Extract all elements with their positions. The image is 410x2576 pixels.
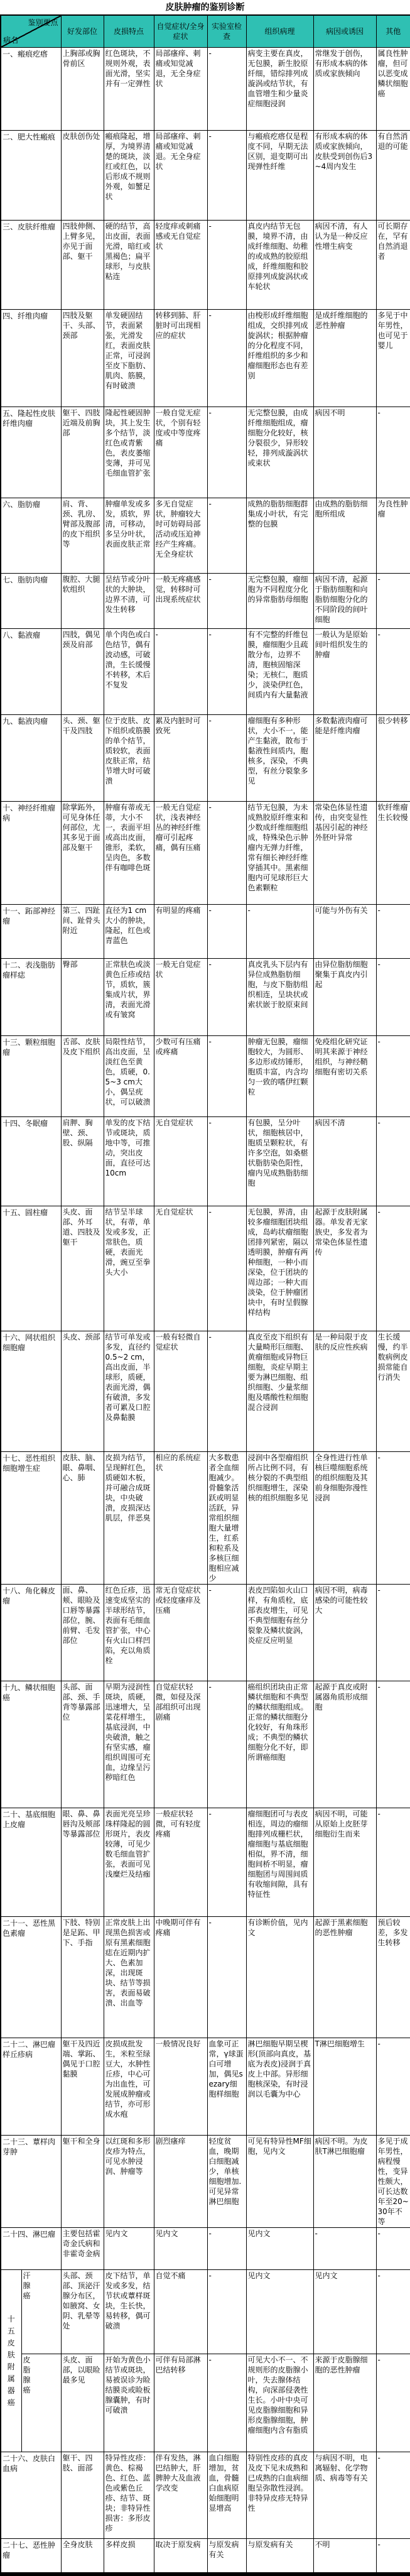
cell-other: -	[376, 959, 410, 1036]
cell-symptoms: 一般无自觉症状，浅表神经丛的神经纤维瘤可引起疼痛，偶有压痛	[154, 802, 207, 905]
cell-other: 软纤维瘤生长较慢	[376, 802, 410, 905]
cell-site: 四肢，偶见颈及肩部	[61, 629, 104, 715]
cell-cause: 见内文	[313, 2270, 376, 2354]
cell-lesion: 特异性皮疹：黄色、棕褐色、红色、蓝色或紫色丘疹、结节、斑块；非特异性损害：多形皮…	[104, 2452, 154, 2539]
cell-other: -	[376, 1206, 410, 1331]
cell-pathology: 癌组织团块由正常鳞状细胞和不典型的鳞状细胞组成。正常的鳞状细胞分化较好，有角珠形…	[246, 1681, 313, 1808]
cell-site: 躯干、四肢近端及前胸部	[61, 407, 104, 498]
cell-symptoms: 见内文	[154, 2228, 207, 2270]
cell-lab: -	[207, 2228, 246, 2270]
cell-pathology: 淋巴细胞早期呈楔形(顶部向真皮，基底为表皮)浸润于真皮上中部。异形细胞核深染，有…	[246, 2038, 313, 2136]
cell-symptoms: 中晚期可伴有疼痛	[154, 1917, 207, 2038]
row-name-cell: 二十七、恶性肿瘤	[1, 2539, 61, 2574]
table-row: 五、隆起性皮肤纤维肉瘤躯干、四肢近端及前胸部隆起性硬固肿块，其上发生多个结节，淡…	[1, 407, 410, 498]
cell-lab: -	[207, 1036, 246, 1117]
cell-lab: -	[207, 905, 246, 959]
cell-symptoms: 一般症状轻微，可有轻度疼痛	[154, 1808, 207, 1917]
cell-symptoms: 自觉症状轻微，如侵及深部组织可出现剧痛	[154, 1681, 207, 1808]
corner-header-top-label: 鉴别要点	[28, 18, 58, 28]
cell-symptoms: 剧烈瘙痒	[154, 2136, 207, 2228]
cell-cause: 是成纤维细胞的恶性肿瘤	[313, 310, 376, 407]
table-row: 二十六、皮肤白血病躯干、四肢、面部特异性皮疹：黄色、棕褐色、红色、蓝色或紫色丘疹…	[1, 2452, 410, 2539]
cell-site: 头皮、面部、外耳道、四肢及躯干	[61, 1206, 104, 1331]
cell-cause: -	[313, 2228, 376, 2270]
cell-lab: -	[207, 1681, 246, 1808]
cell-other: -	[376, 1681, 410, 1808]
cell-cause: 病因不清	[313, 1117, 376, 1206]
table-row: 十三、颗粒细胞瘤舌部、皮肤及皮下组织局限性结节，高出皮面，呈淡红色至黄色，质硬，…	[1, 1036, 410, 1117]
cell-symptoms: 转移到肺、肝脏时可出现相应的症状	[154, 310, 207, 407]
cell-symptoms: 轻度痒或刺痛感或无自觉症状	[154, 221, 207, 310]
row-name-cell: 四、纤维肉瘤	[1, 310, 61, 407]
cell-pathology: 瘤细胞有多种形状，大小不一，能产生黏液，散布于黏液性间质内，胞核多，深染，不典型…	[246, 715, 313, 802]
cell-cause: 不明	[313, 2539, 376, 2574]
cell-cause: 是一种局限于皮肤的反应性疾病	[313, 1331, 376, 1452]
cell-symptoms: 常无自觉症状或轻度瘙痒及压痛	[154, 1585, 207, 1681]
cell-lesion: 单发的皮下结节或斑块，质地中等，可推动，突出皮面，直径可达10cm	[104, 1117, 154, 1206]
row-name-cell: 十四、冬眠瘤	[1, 1117, 61, 1206]
table-row: 十七、恶性组织细胞增生症皮肤、脑、眼、鼻咽、心、肺皮损为结节，呈现鲜红色，质硬如…	[1, 1452, 410, 1585]
table-row: 八、黏液瘤四肢，偶见颈及肩部单个肉色或白色结节，偶有波动感，可破溃，生长缓慢不转…	[1, 629, 410, 715]
cell-other: -	[376, 2038, 410, 2136]
row-name-cell: 二十二、淋巴瘤样丘疹病	[1, 2038, 61, 2136]
cell-cause: 起源于黑素细胞的恶性肿瘤	[313, 1917, 376, 2038]
cell-cause: 常染色体显性遗传，由突变显性基因引起的神经外胚叶异常	[313, 802, 376, 905]
table-row: 十四、冬眠瘤肩胛、胸壁、颈、股、纵隔单发的皮下结节或斑块，质地中等，可推动，突出…	[1, 1117, 410, 1206]
cell-cause: 可能与外伤有关	[313, 905, 376, 959]
cell-pathology: 有包膜，呈分叶状，细胞核居中，胞质呈颗粒状，有许多空泡，如桑椹状脂肪染色阳性，瘤…	[246, 1117, 313, 1206]
cell-other: 有自然消退的可能	[376, 131, 410, 221]
cell-cause: 病因不明，病毒感染的可能性较大	[313, 1585, 376, 1681]
cell-site: 眼、鼻、鼻唇沟及颊部等暴露部位	[61, 1808, 104, 1917]
row-name-cell: 十五、圆柱瘤	[1, 1206, 61, 1331]
row-name-cell: 二十六、皮肤白血病	[1, 2452, 61, 2539]
table-row: 二十七、恶性肿瘤全身皮肤多样皮损取决于原发病与原发病有关与原发病有关不明-	[1, 2539, 410, 2574]
cell-pathology: 有诊断价值，见内文	[246, 1917, 313, 2038]
page-title: 皮肤肿瘤的鉴别诊断	[0, 0, 410, 14]
table-row: 九、黏液肉瘤头、颈、躯干及四肢位于皮肤、皮下组织或筋膜的单个结节，质较软，表面皮…	[1, 715, 410, 802]
cell-cause: 病因不清，有人认为是一种反应性增生病变	[313, 221, 376, 310]
row-name-cell: 二、肥大性瘢痕	[1, 131, 61, 221]
cell-pathology: 结节无包膜，为未成熟胶原纤维束和少数成纤维细胞组成，特殊染色示肿瘤内无弹力纤维，…	[246, 802, 313, 905]
cell-cause: 病因不明	[313, 407, 376, 498]
cell-lab: -	[207, 2354, 246, 2452]
cell-lesion: 多样皮损	[104, 2539, 154, 2574]
cell-other: -	[376, 407, 410, 498]
header-other: 其他	[376, 15, 410, 48]
table-row: 二十四、淋巴瘤主要包括霍奇金氏病和非霍奇金病见内文见内文-见内文--	[1, 2228, 410, 2270]
cell-symptoms: 一般情况良好	[154, 2038, 207, 2136]
cell-lab: 轻度贫血，晚期白细胞减少，单核细胞增加.可见异常淋巴细胞	[207, 2136, 246, 2228]
cell-lesion: 结节呈半球状，有蒂，单发或多发，正常肤色，质硬，表面光滑，豌豆至拳头大小	[104, 1206, 154, 1331]
cell-other: -	[376, 2270, 410, 2354]
header-lab: 实验室检查	[207, 15, 246, 48]
cell-lesion: 单个肉色或白色结节，偶有波动感，可破溃，生长缓慢不转移，术后不复发	[104, 629, 154, 715]
cell-lesion: 肿瘤单发或多发，质软，界清，可移动，多呈分叶状，表面皮肤正常	[104, 498, 154, 574]
cell-lesion: 直径为1 cm大小的肿块，隆起，红色或青蓝色	[104, 905, 154, 959]
cell-lesion: 瘢痕隆起，增厚，为境界清楚的斑块，淡红或红色，以后形成不规则外观，如蟹足状	[104, 131, 154, 221]
cell-symptoms: 自觉不痛	[154, 2270, 207, 2354]
cell-lesion: 皮损为结节，呈现鲜红色，质硬如木板，并可融合成斑块，中央破溃，皮损深达肌层，伴恶…	[104, 1452, 154, 1585]
cell-pathology: 可见大小不一、不规则形的皮脂腺小叶，失去腺体结构，向深部侵袭性生长。小叶中央可见…	[246, 2354, 313, 2452]
cell-other: -	[376, 1117, 410, 1206]
cell-pathology: 特别性皮疹的真皮及皮下见未成熟和已成熟的白血病细胞呈弥散性浸润。非特异皮疹无特异…	[246, 2452, 313, 2539]
cell-site: 主要包括霍奇金氏病和非霍奇金病	[61, 2228, 104, 2270]
cell-site: 皮肤、脑、眼、鼻咽、心、肺	[61, 1452, 104, 1585]
table-row: 十六、网状组织细胞瘤头皮、颈部结节可单发或多发，直径约0.5~2 cm，高出皮面…	[1, 1331, 410, 1452]
table-row: 四、纤维肉瘤四肢及躯干、头部、颈部单发硬固结节，表面紧张，光滑发红，表面皮肤正常…	[1, 310, 410, 407]
cell-other: -	[376, 1452, 410, 1585]
row-name-cell: 五、隆起性皮肤纤维肉瘤	[1, 407, 61, 498]
table-row: 二十二、淋巴瘤样丘疹病躯干及四近端、掌跖、偶见于口腔黏膜皮损成批发生，米粒至绿豆…	[1, 2038, 410, 2136]
cell-other: -	[376, 629, 410, 715]
cell-lab: -	[207, 1331, 246, 1452]
row-name-cell: 六、脂肪瘤	[1, 498, 61, 574]
cell-other: 生长缓慢，约半数病例皮损常能自行消失	[376, 1331, 410, 1452]
cell-other: -	[376, 2228, 410, 2270]
cell-cause: 病因不明，可能从原始上皮胚芽细胞衍生而来	[313, 1808, 376, 1917]
cell-lab: -	[207, 1808, 246, 1917]
cell-pathology: 见内文	[246, 2228, 313, 2270]
cell-other: 很少转移	[376, 715, 410, 802]
cell-site: 四肢及躯干、头部、颈部	[61, 310, 104, 407]
table-row: 十、神经纤维瘤病除掌跖外，可见身体任何部位，尤其多见于面部及躯干肿瘤有蒂或无蒂，…	[1, 802, 410, 905]
table-row: 十二、表浅脂肪瘤样痣臀部正常肤色或淡黄色丘疹或结节，质软，簇集成片状，界清，表面…	[1, 959, 410, 1036]
row-name-cell: 二十三、蕈样肉芽肿	[1, 2136, 61, 2228]
cell-lab: -	[207, 221, 246, 310]
cell-lesion: 红色丘疹，迅速变成坚实的半球形结节，表面有毛细血管扩张，中心有火山口样凹陷，充以…	[104, 1585, 154, 1681]
cell-other: -	[376, 1585, 410, 1681]
cell-lab: -	[207, 1206, 246, 1331]
cell-lesion: 正常肤色或淡黄色丘疹或结节，质软，簇集成片状，界清，表面光滑或有皱窝	[104, 959, 154, 1036]
corner-header-bottom-label: 病名	[3, 35, 18, 45]
table-row: 一、瘢痕疙瘩上胸部或胸骨前区红色斑块，不规则外观，表面光滑，坚实并有一定弹性局部…	[1, 48, 410, 131]
cell-other: -	[376, 1808, 410, 1917]
cell-symptoms: 一般无自觉症状	[154, 959, 207, 1036]
cell-site: 下肢、特别是足跖、甲下、手指	[61, 1917, 104, 2038]
cell-lesion: 局限性结节，高出皮面，呈淡红色至黄色，质硬，0.5~3 cm大小，偶呈疣状，可以…	[104, 1036, 154, 1117]
cell-site: 躯干和全身	[61, 2136, 104, 2228]
cell-lesion: 见内文	[104, 2228, 154, 2270]
cell-lab: -	[207, 1585, 246, 1681]
cell-cause: 一般认为是原始间叶组织发生的肿瘤	[313, 629, 376, 715]
cell-lesion: 肿瘤有蒂或无蒂，大小不一，表面平坦或高出皮面，锥形，柔软，呈肉色，多数伴有咖啡色…	[104, 802, 154, 905]
cell-other: 属良性肿瘤，但可以恶变成鳞状细胞癌	[376, 48, 410, 131]
cell-pathology: 由梭形成纤维细胞组成，交织排列成旋涡状；根据肿瘤的分化程度不同，纤维组织的多少和…	[246, 310, 313, 407]
cell-pathology: -	[246, 905, 313, 959]
table-row: 十五皮肤附属器癌汗腺癌头部、颈部、顶泌汗腺分布区，如腋窝、女阴、乳晕等处皮下结节…	[1, 2270, 410, 2354]
row-name-cell: 九、黏液肉瘤	[1, 715, 61, 802]
cell-other: -	[376, 2354, 410, 2452]
cell-site: 头皮、面部，以眼睑最多见	[61, 2354, 104, 2452]
cell-other: 多见于中年男性，也可见于婴儿	[376, 310, 410, 407]
cell-pathology: 瘤细胞团可与表皮相连，周边的瘤细胞排列成栅栏状，瘤细胞与基底细胞相似，界不清，细…	[246, 1808, 313, 1917]
cell-symptoms: 有明显的疼痛	[154, 905, 207, 959]
cell-lesion: 以红斑和多形皮疹为特点，可见水肿浸润、肿瘤等	[104, 2136, 154, 2228]
cell-other: -	[376, 2539, 410, 2574]
cell-symptoms: 多无自觉症状，肿瘤较大时可妨碍局部活动或压迫神经产生疼痛。无全身症状	[154, 498, 207, 574]
cell-pathology: 表皮凹陷如火山口样，有角质栓，底部表皮增生，可见不典型细胞有丝分裂象及鳞状旋涡，…	[246, 1585, 313, 1681]
cell-lab: -	[207, 629, 246, 715]
cell-cause: 病因不清，起源于脂肪细胞和向脂肪细胞分化的不同阶段的间叶细胞	[313, 574, 376, 629]
cell-pathology: 病变主要在真皮，无包膜，新生胶原纤细，错综排列成漩涡或结节状，有血管增生和少量炎…	[246, 48, 313, 131]
cell-site: 头、颈、躯干及四肢	[61, 715, 104, 802]
cell-site: 面、鼻、颊、眼睑及口唇等暴露部位，腕、前臂、毛发部位	[61, 1585, 104, 1681]
cell-cause: 起源于真皮或附属器角质形成细胞	[313, 1681, 376, 1808]
cell-pathology: 真皮内结节无包膜，境界不清，由成纤维细胞、幼稚的或成熟的胶原组成，纤维细胞和胶原…	[246, 221, 313, 310]
cell-pathology: 可见有特异性MF细胞，见内文	[246, 2136, 313, 2228]
row-name-cell: 汗腺癌	[21, 2270, 61, 2354]
cell-symptoms: 一般自觉无症状，个别有轻度或中等度疼痛	[154, 407, 207, 498]
cell-pathology: 见内文	[246, 2270, 313, 2354]
cell-lesion: 呈结节或分叶状的大肿块，边界不清，可发生转移	[104, 574, 154, 629]
row-name-text: 汗腺癌	[23, 2271, 31, 2301]
cell-lab: -	[207, 1117, 246, 1206]
cell-pathology: 与原发病有关	[246, 2539, 313, 2574]
cell-other: 多见于成年男性，病程慢性，变异性颇大，可长达数年至20~30年不等	[376, 2136, 410, 2228]
cell-lab: -	[207, 574, 246, 629]
cell-lab: -	[207, 48, 246, 131]
cell-cause: 由成熟的脂肪细胞所组成	[313, 498, 376, 574]
cell-symptoms: 取决于原发病	[154, 2539, 207, 2574]
row-name-cell: 十六、网状组织细胞瘤	[1, 1331, 61, 1452]
cell-lesion: 开始为黄色小结节或斑块，易被误诊为睑结膜炎或睑板腺囊肿，有时可破溃	[104, 2354, 154, 2452]
row-name-cell: 二十一、恶性黑色素瘤	[1, 1917, 61, 2038]
table-row: 二、肥大性瘢痕皮肤创伤处瘢痕隆起，增厚，为境界清楚的斑块，淡红或红色，以后形成不…	[1, 131, 410, 221]
cell-lesion: 单发硬固结节，表面紧张，光滑发红，表面皮肤正常，可浸润至皮下脂肪、肌肉、筋膜，有…	[104, 310, 154, 407]
cell-symptoms: 局部瘙痒、刺痛或知觉减退。无全身症状	[154, 131, 207, 221]
table-row: 二十三、蕈样肉芽肿躯干和全身以红斑和多形皮疹为特点，可见水肿浸润、肿瘤等剧烈瘙痒…	[1, 2136, 410, 2228]
row-name-cell: 十七、恶性组织细胞增生症	[1, 1452, 61, 1585]
cell-site: 肩胛、胸壁、颈、股、纵隔	[61, 1117, 104, 1206]
cell-lesion: 结节可单发或多发，直径约0.5~2 cm，高出皮面，半球形，质硬，表面光滑，偶有…	[104, 1331, 154, 1452]
row-name-cell: 一、瘢痕疙瘩	[1, 48, 61, 131]
cell-pathology: 无完整包膜，由成纤维细胞组成，瘤细胞分化较好，核分裂很少，异形较轻，排列成漩涡状…	[246, 407, 313, 498]
cell-site: 上胸部或胸骨前区	[61, 48, 104, 131]
cell-symptoms: 可伴有局部淋巴结转移	[154, 2354, 207, 2452]
cell-site: 全身皮肤	[61, 2539, 104, 2574]
cell-other: -	[376, 2452, 410, 2539]
cell-lesion: 表面光亮呈珍珠样隆起的圆形斑片，表皮较薄，可见少数毛细血管扩张，表面可见浅糜烂及…	[104, 1808, 154, 1917]
cell-other: -	[376, 1036, 410, 1117]
cell-pathology: 无包膜，界清，由较多瘤细胞团块组成，岛屿状瘤细胞团排列紧密，隔以透明膜，肿瘤有两…	[246, 1206, 313, 1331]
cell-lab: -	[207, 498, 246, 574]
group-label-text: 十五皮肤附属器癌	[7, 2313, 15, 2409]
cell-lesion: 红色斑块，不规则外观，表面光滑，坚实并有一定弹性	[104, 48, 154, 131]
cell-lab: -	[207, 407, 246, 498]
cell-lesion: 皮下结节，单发或多发，结节状或蕈样斑块，生长快，易转移，偶可破溃	[104, 2270, 154, 2354]
table-row: 三、皮肤纤维瘤四肢伸侧、上臂多见，亦见于面部、躯干硬的结节，高出皮面，表面光滑，…	[1, 221, 410, 310]
row-name-cell: 二十、基底细胞上皮瘤	[1, 1808, 61, 1917]
cell-cause: 有形成本病的体质或家族倾向，皮肤受到创伤后3~4周内发生	[313, 131, 376, 221]
cell-other: 为良性肿瘤	[376, 498, 410, 574]
cell-cause: 全身性进行性单核巨噬细胞系统的组织细胞及其前身细胞弥漫性浸润	[313, 1452, 376, 1585]
table-row: 皮脂腺癌头皮、面部，以眼睑最多见开始为黄色小结节或斑块，易被误诊为睑结膜炎或睑板…	[1, 2354, 410, 2452]
table-row: 二十、基底细胞上皮瘤眼、鼻、鼻唇沟及颊部等暴露部位表面光亮呈珍珠样隆起的圆形斑片…	[1, 1808, 410, 1917]
header-cause: 病因或诱因	[313, 15, 376, 48]
cell-site: 臀部	[61, 959, 104, 1036]
cell-other: -	[376, 905, 410, 959]
cell-lab: -	[207, 1917, 246, 2038]
cell-lesion: 硬的结节，高出皮面，表面光滑，暗红或黑褐色；扁平球形，与皮肤粘连	[104, 221, 154, 310]
cell-symptoms: 无自觉症状	[154, 1206, 207, 1331]
cell-cause: T淋巴细胞增生	[313, 2038, 376, 2136]
cell-pathology: 真皮至皮下组织有大量畸形巨细胞、黄瘤细胞或异物巨细胞，炎症早期主要为淋巴细胞、组…	[246, 1331, 313, 1452]
cell-symptoms: 累及内脏时可致死	[154, 715, 207, 802]
row-name-cell: 七、脂肪肉瘤	[1, 574, 61, 629]
row-name-cell: 十一、跖部神经瘤	[1, 905, 61, 959]
header-lesion: 皮损特点	[104, 15, 154, 48]
row-name-cell: 十二、表浅脂肪瘤样痣	[1, 959, 61, 1036]
cell-cause: 由异位脂肪细胞聚集于真皮内引起	[313, 959, 376, 1036]
cell-cause: 起源于皮肤附属器。单发者无家族史，多发者为常染色体显性遗传	[313, 1206, 376, 1331]
cell-symptoms: -	[154, 629, 207, 715]
cell-pathology: 有不完整的纤维包膜，瘤细胞少且疏散分布，边界不清，胞核固缩深染；无核仁，胞质少，…	[246, 629, 313, 715]
cell-site: 腹腔、大腿软组织	[61, 574, 104, 629]
cell-pathology: 成熟的脂肪细胞群集成小叶状，有完整的包膜	[246, 498, 313, 574]
cell-cause: 与病因不明，电离辐射、化学物质、病毒等有关	[313, 2452, 376, 2539]
cell-lab: -	[207, 959, 246, 1036]
row-name-cell: 皮脂腺癌	[21, 2354, 61, 2452]
table-row: 十五、圆柱瘤头皮、面部、外耳道、四肢及躯干结节呈半球状，有蒂，单发或多发，正常肤…	[1, 1206, 410, 1331]
cell-site: 躯干及四近端、掌跖、偶见于口腔黏膜	[61, 2038, 104, 2136]
header-row: 鉴别要点 病名 好发部位 皮损特点 自觉症状/全身症状 实验室检查 组织病理 病…	[1, 15, 410, 48]
cell-lab: 血象可正常，γ球蛋白可增加，偶见sezary细胞样细胞	[207, 2038, 246, 2136]
cell-lab: 大多数患者全血细胞减少。骨髓象活跃或明显活跃，异常组织细胞大量增生，红系和粒系及…	[207, 1452, 246, 1585]
cell-site: 皮肤创伤处	[61, 131, 104, 221]
cell-pathology: 无完整包膜，瘤细胞为不同程度分化的异常脂肪母细胞	[246, 574, 313, 629]
cell-site: 头部、颈部、顶泌汗腺分布区，如腋窝、女阴、乳晕等处	[61, 2270, 104, 2354]
row-name-cell: 二十四、淋巴瘤	[1, 2228, 61, 2270]
row-name-cell: 十、神经纤维瘤病	[1, 802, 61, 905]
table-row: 十一、跖部神经瘤第三、四趾间、趾骨头附近直径为1 cm大小的肿块，隆起，红色或青…	[1, 905, 410, 959]
cell-site: 第三、四趾间、趾骨头附近	[61, 905, 104, 959]
cell-cause: 多数黏液肉瘤可能是纤维肉瘤	[313, 715, 376, 802]
cell-lab: -	[207, 131, 246, 221]
header-symptoms: 自觉症状/全身症状	[154, 15, 207, 48]
cell-lab: -	[207, 2270, 246, 2354]
cell-cause: 免疫组化研究证明其来源于神经组织，与神经鞘细胞有密切关系	[313, 1036, 376, 1117]
cell-cause: 常继发于创伤，有形成本病的体质或家族倾向	[313, 48, 376, 131]
row-name-cell: 三、皮肤纤维瘤	[1, 221, 61, 310]
cell-lab: 与原发病有关	[207, 2539, 246, 2574]
cell-lesion: 位于皮肤、皮下组织或筋膜的单个结节，质较软，表面皮肤正常，结节增大时可破溃	[104, 715, 154, 802]
cell-site: 头部、面部、颈、手背等暴露部位	[61, 1681, 104, 1808]
cell-symptoms: 伴有发热，淋巴结肿大，肝脾肿大及血液学改变	[154, 2452, 207, 2539]
cell-other: -	[376, 574, 410, 629]
header-site: 好发部位	[61, 15, 104, 48]
cell-site: 四肢伸侧、上臂多见，亦见于面部、躯干	[61, 221, 104, 310]
cell-other: 预后较差，多发生转移	[376, 1917, 410, 2038]
cell-site: 躯干、四肢、面部	[61, 2452, 104, 2539]
row-name-text: 皮脂腺癌	[23, 2355, 31, 2395]
cell-lesion: 皮损成批发生，米粒至绿豆大，水肿性丘疹，中心可为出血性，可发展成肿瘤或结节，亦可…	[104, 2038, 154, 2136]
cell-lab: -	[207, 802, 246, 905]
table-row: 十八、角化棘皮瘤面、鼻、颊、眼睑及口唇等暴露部位，腕、前臂、毛发部位红色丘疹，迅…	[1, 1585, 410, 1681]
diagnosis-table: 鉴别要点 病名 好发部位 皮损特点 自觉症状/全身症状 实验室检查 组织病理 病…	[0, 14, 410, 2576]
cell-lesion: 早期为浸润性斑块，质硬，迅速增大，呈菜花样增生，基底浸润，中央破溃，触之有坚实感…	[104, 1681, 154, 1808]
cell-site: 头皮、颈部	[61, 1331, 104, 1452]
cell-symptoms: 少数可有压痛或疼痛	[154, 1036, 207, 1117]
table-row: 十九、鳞状细胞癌头部、面部、颈、手背等暴露部位早期为浸润性斑块，质硬，迅速增大，…	[1, 1681, 410, 1808]
cell-cause: 来源于皮脂腺细胞的恶性肿瘤	[313, 2354, 376, 2452]
table-row: 六、脂肪瘤肩、背、颈、乳房、臂部及腹部的皮下组织等肿瘤单发或多发，质软，界清，可…	[1, 498, 410, 574]
cell-lesion: 隆起性硬固肿块，其上发生多个结节，淡红色或青紫色，表皮萎缩变薄，并可见毛细血管扩…	[104, 407, 154, 498]
cell-pathology: 与瘢痕疙瘩仅是程度不同，早期无法区别，退变期可出现弹性纤维	[246, 131, 313, 221]
cell-site: 肩、背、颈、乳房、臂部及腹部的皮下组织等	[61, 498, 104, 574]
row-name-cell: 十三、颗粒细胞瘤	[1, 1036, 61, 1117]
cell-symptoms: 一般有轻微自觉症状	[154, 1331, 207, 1452]
cell-symptoms: 相应的系统症状	[154, 1452, 207, 1585]
cell-site: 除掌跖外，可见身体任何部位，尤其多见于面部及躯干	[61, 802, 104, 905]
row-name-cell: 八、黏液瘤	[1, 629, 61, 715]
cell-other: 可长期存在，罕有自然消退者	[376, 221, 410, 310]
corner-header-cell: 鉴别要点 病名	[1, 15, 61, 48]
cell-cause: 病因不明。为皮肤T淋巴细胞瘤	[313, 2136, 376, 2228]
cell-lab: 血白细胞增加，贫血，骨髓白血病原始细胞明显增高	[207, 2452, 246, 2539]
table-row: 七、脂肪肉瘤腹腔、大腿软组织呈结节或分叶状的大肿块，边界不清，可发生转移一般无疼…	[1, 574, 410, 629]
cell-pathology: 浸润中各型瘤组织所占比例不同，有核分裂的不典型组织细胞增生，深染核的组织细胞多见	[246, 1452, 313, 1585]
cell-pathology: 肿瘤无包膜，瘤细胞较大，为圆形、多边形或纺锤形，胞质丰富，内含均匀一致的嗜伊红颗…	[246, 1036, 313, 1117]
cell-symptoms: 一般无疼痛感觉，转移时可出现系统症状	[154, 574, 207, 629]
cell-symptoms: 无自觉症状	[154, 1117, 207, 1206]
cell-symptoms: 局部瘙痒、刺痛或知觉减退，无全身症状	[154, 48, 207, 131]
cell-lesion: 正常皮肤上出现黑色损害或原有黑素细胞痣在近期内扩大、色素加深，出现斑块、结节等损…	[104, 1917, 154, 2038]
cell-site: 舌部、皮肤及皮下组织	[61, 1036, 104, 1117]
cell-lab: -	[207, 715, 246, 802]
group-label-cell: 十五皮肤附属器癌	[1, 2270, 21, 2452]
cell-lab: -	[207, 310, 246, 407]
row-name-cell: 十九、鳞状细胞癌	[1, 1681, 61, 1808]
cell-pathology: 真皮乳头下层内有异位成熟脂肪细胞，与皮下脂肪组织相连，呈块状或索状嵌于胶原束间	[246, 959, 313, 1036]
table-row: 二十一、恶性黑色素瘤下肢、特别是足跖、甲下、手指正常皮肤上出现黑色损害或原有黑素…	[1, 1917, 410, 2038]
row-name-cell: 十八、角化棘皮瘤	[1, 1585, 61, 1681]
header-pathology: 组织病理	[246, 15, 313, 48]
